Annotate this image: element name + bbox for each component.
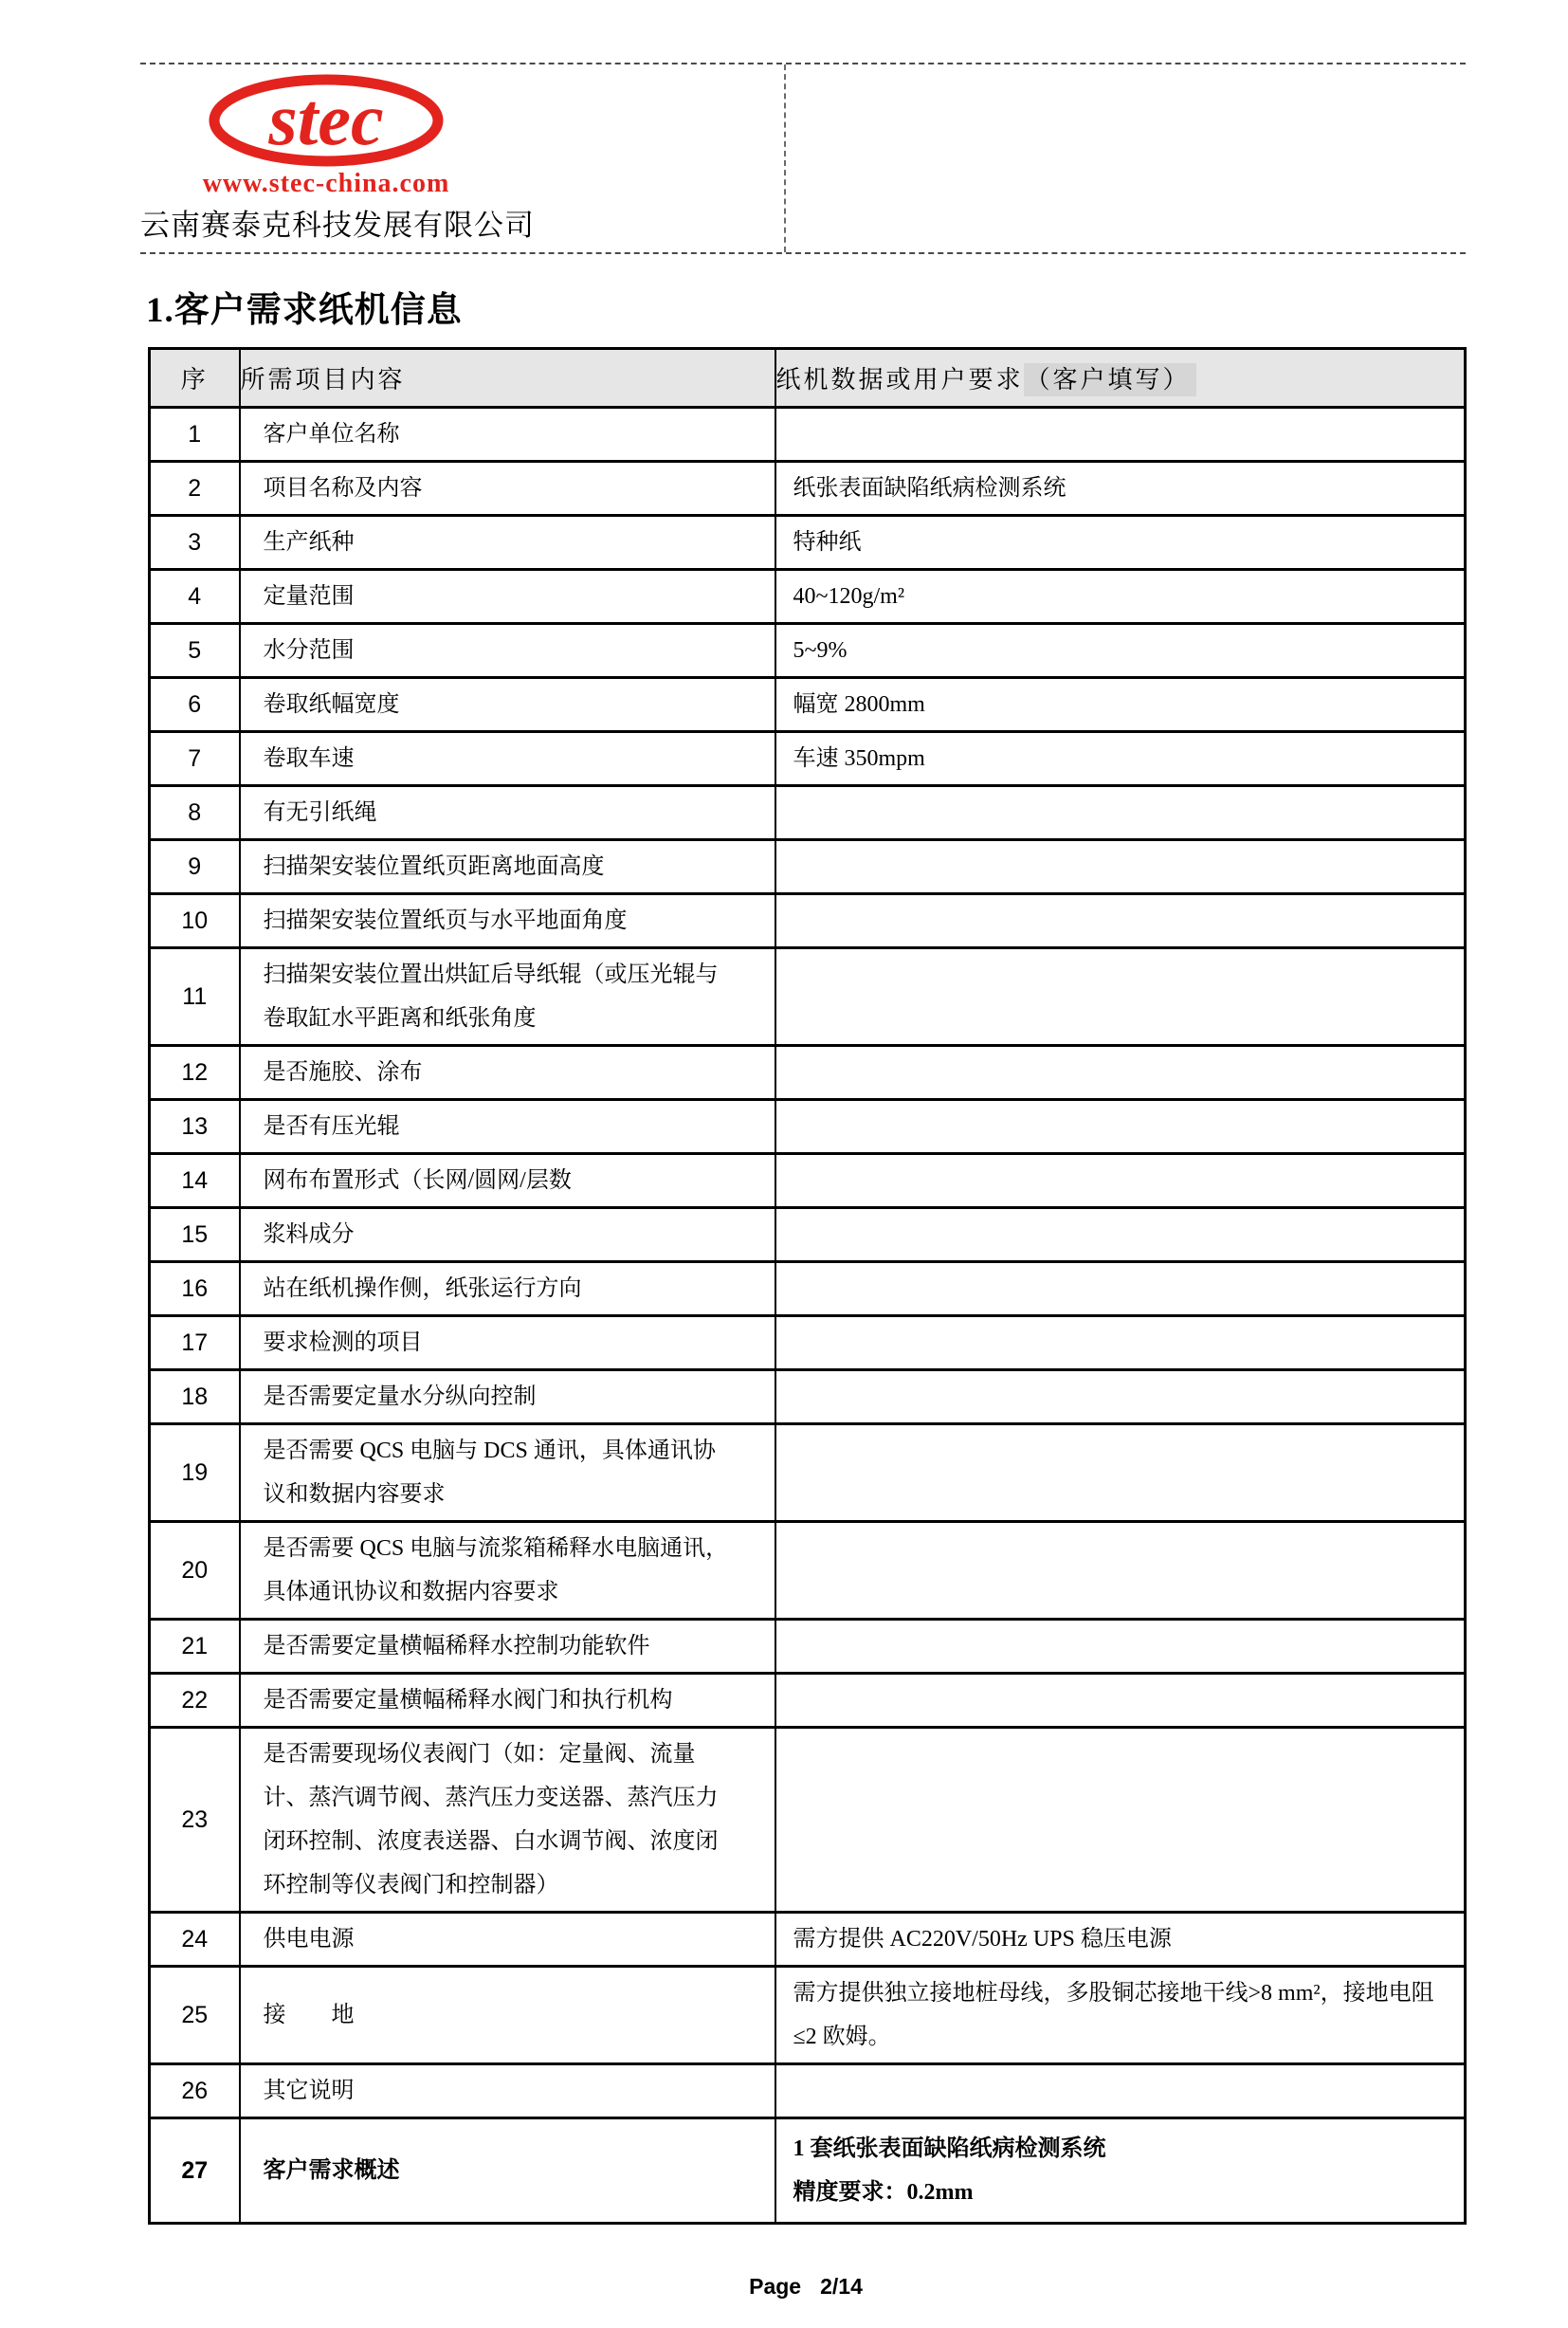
row-value-cell: 幅宽 2800mm <box>775 678 1466 732</box>
table-row: 9 扫描架安装位置纸页距离地面高度 <box>150 840 1466 894</box>
row-value-cell <box>775 408 1466 462</box>
row-item-cell: 是否需要定量水分纵向控制 <box>240 1370 775 1424</box>
column-header-value: 纸机数据或用户要求（客户填写） <box>775 349 1466 408</box>
table-row: 2 项目名称及内容 纸张表面缺陷纸病检测系统 <box>150 462 1466 516</box>
row-number-cell: 5 <box>150 624 240 678</box>
page-footer-word: Page <box>749 2274 801 2299</box>
row-value-cell <box>775 1620 1466 1674</box>
row-item-cell: 项目名称及内容 <box>240 462 775 516</box>
row-value-cell: 5~9% <box>775 624 1466 678</box>
table-row: 3 生产纸种 特种纸 <box>150 516 1466 570</box>
row-value-cell <box>775 1262 1466 1316</box>
table-row: 23 是否需要现场仪表阀门（如：定量阀、流量计、蒸汽调节阀、蒸汽压力变送器、蒸汽… <box>150 1728 1466 1913</box>
row-number-cell: 22 <box>150 1674 240 1728</box>
column-header-no: 序 <box>150 349 240 408</box>
row-number-cell: 13 <box>150 1100 240 1154</box>
row-number-cell: 21 <box>150 1620 240 1674</box>
table-row: 16 站在纸机操作侧，纸张运行方向 <box>150 1262 1466 1316</box>
row-value-cell <box>775 1316 1466 1370</box>
row-item-cell: 是否需要定量横幅稀释水控制功能软件 <box>240 1620 775 1674</box>
row-item-cell: 是否需要 QCS 电脑与 DCS 通讯，具体通讯协议和数据内容要求 <box>240 1424 775 1522</box>
table-row: 19 是否需要 QCS 电脑与 DCS 通讯，具体通讯协议和数据内容要求 <box>150 1424 1466 1522</box>
row-number-cell: 3 <box>150 516 240 570</box>
table-row: 7 卷取车速 车速 350mpm <box>150 732 1466 786</box>
row-item-cell: 客户需求概述 <box>240 2118 775 2224</box>
row-value-cell <box>775 1046 1466 1100</box>
row-item-cell: 是否需要定量横幅稀释水阀门和执行机构 <box>240 1674 775 1728</box>
row-value-cell <box>775 1100 1466 1154</box>
row-item-cell: 是否需要 QCS 电脑与流浆箱稀释水电脑通讯，具体通讯协议和数据内容要求 <box>240 1522 775 1620</box>
row-number-cell: 11 <box>150 948 240 1046</box>
table-row: 12 是否施胶、涂布 <box>150 1046 1466 1100</box>
row-number-cell: 16 <box>150 1262 240 1316</box>
row-value-cell <box>775 1370 1466 1424</box>
page-footer-number: 2/14 <box>820 2274 863 2299</box>
table-row: 4 定量范围 40~120g/m² <box>150 570 1466 624</box>
row-number-cell: 14 <box>150 1154 240 1208</box>
row-item-cell: 有无引纸绳 <box>240 786 775 840</box>
table-row: 17 要求检测的项目 <box>150 1316 1466 1370</box>
page-footer: Page2/14 <box>148 2274 1464 2300</box>
row-item-cell: 站在纸机操作侧，纸张运行方向 <box>240 1262 775 1316</box>
table-row: 24 供电电源 需方提供 AC220V/50Hz UPS 稳压电源 <box>150 1913 1466 1967</box>
row-item-cell: 生产纸种 <box>240 516 775 570</box>
document-header: stec www.stec-china.com 云南赛泰克科技发展有限公司 <box>140 63 1466 254</box>
row-item-cell: 卷取车速 <box>240 732 775 786</box>
row-value-cell <box>775 1674 1466 1728</box>
column-header-value-highlight: （客户填写） <box>1024 363 1196 396</box>
row-number-cell: 23 <box>150 1728 240 1913</box>
row-number-cell: 12 <box>150 1046 240 1100</box>
company-name: 云南赛泰克科技发展有限公司 <box>140 209 1466 243</box>
row-value-cell <box>775 840 1466 894</box>
table-row: 6 卷取纸幅宽度 幅宽 2800mm <box>150 678 1466 732</box>
row-number-cell: 17 <box>150 1316 240 1370</box>
row-number-cell: 9 <box>150 840 240 894</box>
table-row: 21 是否需要定量横幅稀释水控制功能软件 <box>150 1620 1466 1674</box>
table-row: 5 水分范围 5~9% <box>150 624 1466 678</box>
row-value-cell: 需方提供独立接地桩母线，多股铜芯接地干线>8 mm²，接地电阻≤2 欧姆。 <box>775 1967 1466 2064</box>
row-number-cell: 2 <box>150 462 240 516</box>
row-item-cell: 卷取纸幅宽度 <box>240 678 775 732</box>
row-number-cell: 18 <box>150 1370 240 1424</box>
row-value-cell: 特种纸 <box>775 516 1466 570</box>
row-item-cell: 是否有压光辊 <box>240 1100 775 1154</box>
row-number-cell: 7 <box>150 732 240 786</box>
row-value-cell: 40~120g/m² <box>775 570 1466 624</box>
row-item-cell: 其它说明 <box>240 2064 775 2118</box>
row-value-line: 1 套纸张表面缺陷纸病检测系统 <box>793 2127 1444 2171</box>
row-number-cell: 10 <box>150 894 240 948</box>
row-value-cell <box>775 1728 1466 1913</box>
row-item-cell: 接 地 <box>240 1967 775 2064</box>
row-number-cell: 24 <box>150 1913 240 1967</box>
row-value-cell: 车速 350mpm <box>775 732 1466 786</box>
table-row: 18 是否需要定量水分纵向控制 <box>150 1370 1466 1424</box>
row-value-cell <box>775 1154 1466 1208</box>
row-value-cell <box>775 786 1466 840</box>
row-value-cell: 需方提供 AC220V/50Hz UPS 稳压电源 <box>775 1913 1466 1967</box>
row-value-cell <box>775 894 1466 948</box>
company-website: www.stec-china.com <box>174 171 478 197</box>
row-number-cell: 26 <box>150 2064 240 2118</box>
row-value-cell <box>775 1522 1466 1620</box>
table-row: 11 扫描架安装位置出烘缸后导纸辊（或压光辊与卷取缸水平距离和纸张角度 <box>150 948 1466 1046</box>
table-row: 26 其它说明 <box>150 2064 1466 2118</box>
row-item-cell: 是否施胶、涂布 <box>240 1046 775 1100</box>
row-item-cell: 客户单位名称 <box>240 408 775 462</box>
column-header-item: 所需项目内容 <box>240 349 775 408</box>
row-value-cell <box>775 1424 1466 1522</box>
table-row: 10 扫描架安装位置纸页与水平地面角度 <box>150 894 1466 948</box>
row-number-cell: 25 <box>150 1967 240 2064</box>
section-title: 1.客户需求纸机信息 <box>146 281 1466 332</box>
row-item-cell: 是否需要现场仪表阀门（如：定量阀、流量计、蒸汽调节阀、蒸汽压力变送器、蒸汽压力闭… <box>240 1728 775 1913</box>
logo-block: stec www.stec-china.com <box>174 64 478 197</box>
row-number-cell: 6 <box>150 678 240 732</box>
row-number-cell: 15 <box>150 1208 240 1262</box>
row-item-cell: 水分范围 <box>240 624 775 678</box>
table-row: 25 接 地 需方提供独立接地桩母线，多股铜芯接地干线>8 mm²，接地电阻≤2… <box>150 1967 1466 2064</box>
row-value-cell <box>775 2064 1466 2118</box>
row-number-cell: 27 <box>150 2118 240 2224</box>
row-value-cell <box>775 948 1466 1046</box>
table-row: 15 浆料成分 <box>150 1208 1466 1262</box>
table-row: 1 客户单位名称 <box>150 408 1466 462</box>
header-vertical-divider <box>784 64 786 252</box>
table-row: 13 是否有压光辊 <box>150 1100 1466 1154</box>
row-item-cell: 供电电源 <box>240 1913 775 1967</box>
column-header-value-prefix: 纸机数据或用户要求 <box>776 366 1024 394</box>
table-row: 27 客户需求概述 1 套纸张表面缺陷纸病检测系统精度要求：0.2mm <box>150 2118 1466 2224</box>
requirements-table: 序 所需项目内容 纸机数据或用户要求（客户填写） 1 客户单位名称 2 项目名称… <box>148 347 1467 2225</box>
row-item-cell: 扫描架安装位置纸页与水平地面角度 <box>240 894 775 948</box>
document-page: stec www.stec-china.com 云南赛泰克科技发展有限公司 1.… <box>0 0 1568 2328</box>
table-row: 22 是否需要定量横幅稀释水阀门和执行机构 <box>150 1674 1466 1728</box>
row-item-cell: 浆料成分 <box>240 1208 775 1262</box>
row-value-cell <box>775 1208 1466 1262</box>
row-value-line: 精度要求：0.2mm <box>793 2171 1444 2214</box>
table-header-row: 序 所需项目内容 纸机数据或用户要求（客户填写） <box>150 349 1466 408</box>
stec-logo-icon: stec <box>207 74 446 167</box>
row-number-cell: 20 <box>150 1522 240 1620</box>
row-number-cell: 4 <box>150 570 240 624</box>
row-value-cell: 纸张表面缺陷纸病检测系统 <box>775 462 1466 516</box>
row-number-cell: 19 <box>150 1424 240 1522</box>
table-row: 20 是否需要 QCS 电脑与流浆箱稀释水电脑通讯，具体通讯协议和数据内容要求 <box>150 1522 1466 1620</box>
table-row: 14 网布布置形式（长网/圆网/层数 <box>150 1154 1466 1208</box>
row-item-cell: 扫描架安装位置纸页距离地面高度 <box>240 840 775 894</box>
row-item-cell: 要求检测的项目 <box>240 1316 775 1370</box>
row-item-cell: 网布布置形式（长网/圆网/层数 <box>240 1154 775 1208</box>
row-value-cell: 1 套纸张表面缺陷纸病检测系统精度要求：0.2mm <box>775 2118 1466 2224</box>
row-item-cell: 扫描架安装位置出烘缸后导纸辊（或压光辊与卷取缸水平距离和纸张角度 <box>240 948 775 1046</box>
row-number-cell: 1 <box>150 408 240 462</box>
table-row: 8 有无引纸绳 <box>150 786 1466 840</box>
stec-logo-text: stec <box>267 78 383 160</box>
row-item-cell: 定量范围 <box>240 570 775 624</box>
row-number-cell: 8 <box>150 786 240 840</box>
requirements-table-body: 1 客户单位名称 2 项目名称及内容 纸张表面缺陷纸病检测系统 3 生产纸种 特… <box>150 408 1466 2224</box>
